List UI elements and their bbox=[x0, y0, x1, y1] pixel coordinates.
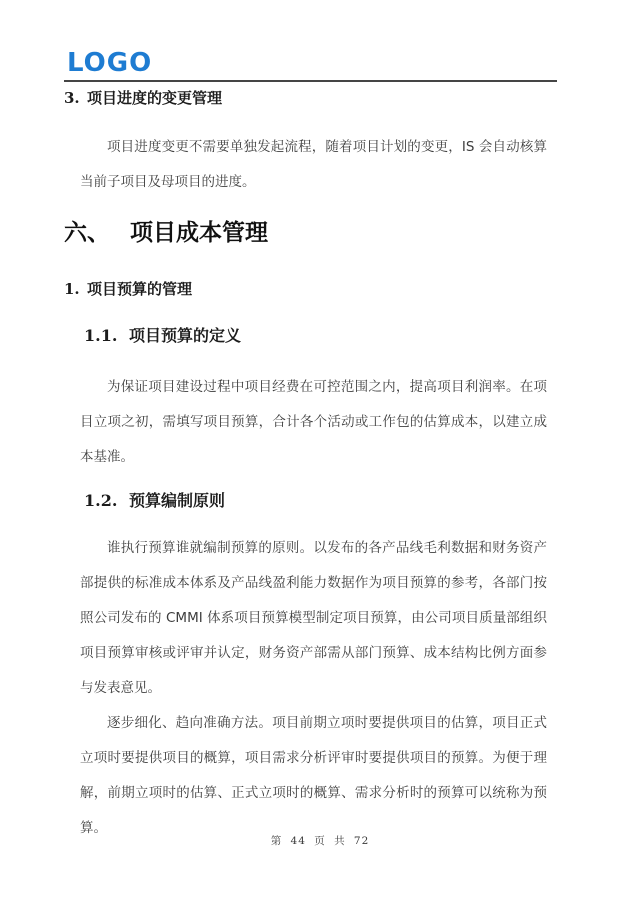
paragraph-schedule-change: 项目进度变更不需要单独发起流程，随着项目计划的变更，IS 会自动核算当前子项目及… bbox=[80, 130, 547, 200]
heading-chapter-cost-management: 六、项目成本管理 bbox=[64, 216, 557, 250]
chapter-title: 项目成本管理 bbox=[130, 219, 268, 246]
heading-title: 项目预算的管理 bbox=[87, 280, 192, 298]
heading-title: 预算编制原则 bbox=[129, 491, 225, 510]
page-number-text: 第 44 页 共 72 bbox=[271, 835, 370, 847]
heading-number: 1.2. bbox=[84, 489, 129, 513]
heading-budget-principles: 1.2.预算编制原则 bbox=[84, 489, 557, 513]
heading-budget-management: 1.项目预算的管理 bbox=[64, 278, 557, 300]
document-content: LOGO 3.项目进度的变更管理 项目进度变更不需要单独发起流程，随着项目计划的… bbox=[0, 50, 640, 846]
heading-schedule-change: 3.项目进度的变更管理 bbox=[64, 88, 557, 108]
document-page: LOGO 3.项目进度的变更管理 项目进度变更不需要单独发起流程，随着项目计划的… bbox=[0, 0, 640, 906]
heading-number: 1. bbox=[64, 278, 87, 300]
page-footer: 第 44 页 共 72 bbox=[0, 833, 640, 848]
heading-number: 1.1. bbox=[84, 324, 129, 348]
paragraph-budget-principles-1: 谁执行预算谁就编制预算的原则。以发布的各产品线毛利数据和财务资产部提供的标准成本… bbox=[80, 531, 547, 706]
page-header: LOGO bbox=[64, 50, 557, 82]
heading-title: 项目进度的变更管理 bbox=[87, 89, 222, 107]
chapter-number: 六、 bbox=[64, 216, 130, 250]
paragraph-budget-principles-2: 逐步细化、趋向准确方法。项目前期立项时要提供项目的估算，项目正式立项时要提供项目… bbox=[80, 706, 547, 846]
heading-number: 3. bbox=[64, 88, 87, 108]
paragraph-budget-definition: 为保证项目建设过程中项目经费在可控范围之内，提高项目利润率。在项目立项之初，需填… bbox=[80, 370, 547, 475]
heading-title: 项目预算的定义 bbox=[129, 326, 241, 345]
company-logo: LOGO bbox=[64, 50, 152, 77]
heading-budget-definition: 1.1.项目预算的定义 bbox=[84, 324, 557, 348]
